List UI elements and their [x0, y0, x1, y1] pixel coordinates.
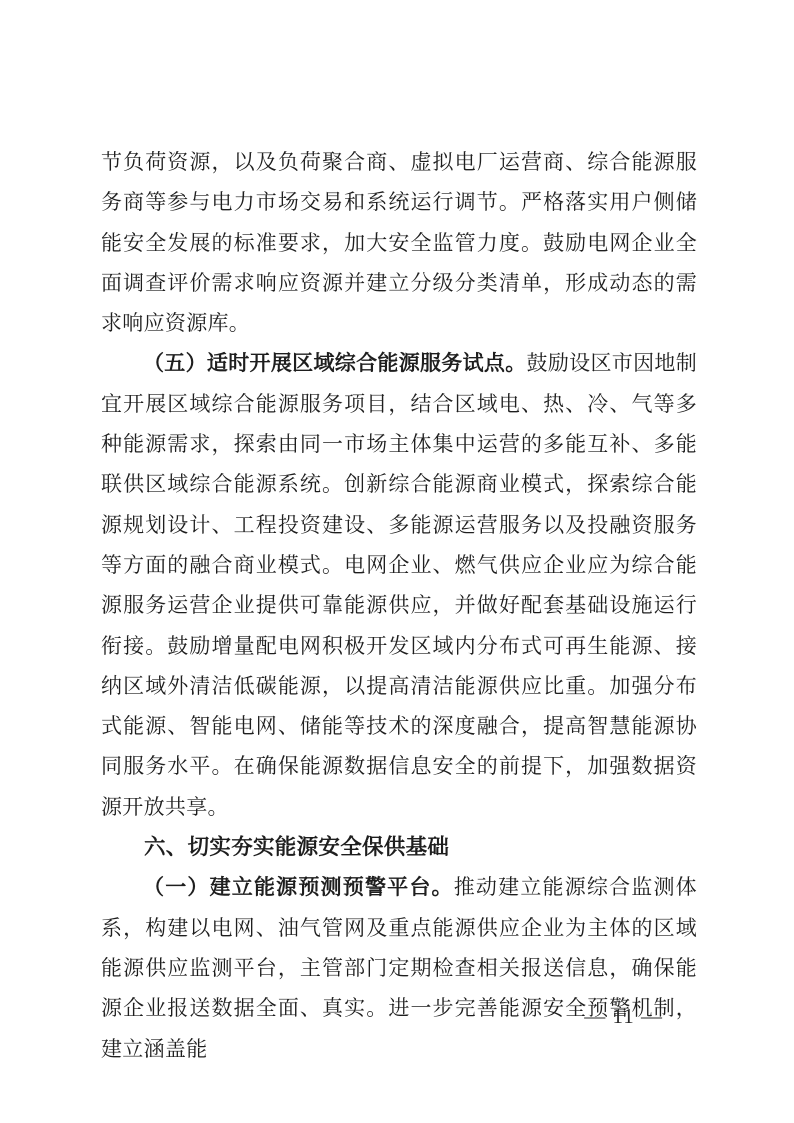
paragraph-section-one-text: 推动建立能源综合监测体系，构建以电网、油气管网及重点能源供应企业为主体的区域能源… — [101, 875, 697, 1060]
document-page: 节负荷资源，以及负荷聚合商、虚拟电厂运营商、综合能源服务商等参与电力市场交易和系… — [0, 0, 794, 1123]
paragraph-section-one-lead: （一）建立能源预测预警平台。 — [143, 875, 454, 899]
page-number: — 11 — — [584, 1002, 663, 1030]
paragraph-continuation-text: 节负荷资源，以及负荷聚合商、虚拟电厂运营商、综合能源服务商等参与电力市场交易和系… — [101, 150, 697, 335]
paragraph-section-five-lead: （五）适时开展区域综合能源服务试点。 — [143, 351, 527, 375]
paragraph-section-five: （五）适时开展区域综合能源服务试点。鼓励设区市因地制宜开展区域综合能源服务项目，… — [101, 343, 697, 827]
paragraph-continuation: 节负荷资源，以及负荷聚合商、虚拟电厂运营商、综合能源服务商等参与电力市场交易和系… — [101, 142, 697, 343]
section-heading-six: 六、切实夯实能源安全保供基础 — [101, 827, 697, 867]
document-body: 节负荷资源，以及负荷聚合商、虚拟电厂运营商、综合能源服务商等参与电力市场交易和系… — [101, 142, 697, 1069]
paragraph-section-five-text: 鼓励设区市因地制宜开展区域综合能源服务项目，结合区域电、热、冷、气等多种能源需求… — [101, 351, 697, 818]
paragraph-section-one: （一）建立能源预测预警平台。推动建立能源综合监测体系，构建以电网、油气管网及重点… — [101, 867, 697, 1068]
